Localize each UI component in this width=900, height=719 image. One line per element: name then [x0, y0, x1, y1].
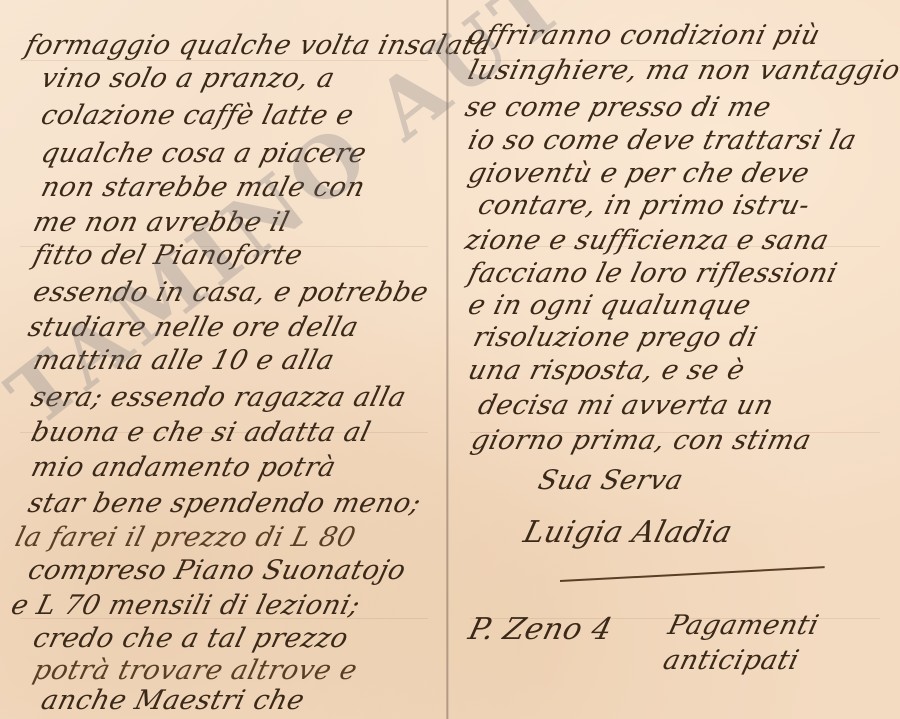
letter-line: mattina alle 10 e alla — [30, 345, 338, 376]
letter-line: mio andamento potrà — [28, 452, 339, 483]
letter-line: me non avrebbe il — [30, 207, 293, 238]
letter-line: lusinghiere, ma non vantaggio- — [465, 55, 900, 86]
signature-underline — [560, 566, 825, 582]
letter-line: compreso Piano Suonatojo — [25, 555, 409, 586]
letter-line: qualche cosa a piacere — [38, 138, 370, 169]
letter-line: giorno prima, con stima — [468, 425, 815, 456]
letter-line: e L 70 mensili di lezioni; — [8, 590, 363, 621]
right-page: offriranno condizioni più lusinghiere, m… — [450, 0, 900, 719]
letter-line: colazione caffè latte e — [38, 100, 357, 131]
letter-line: contare, in primo istru- — [475, 190, 813, 221]
postscript-address: P. Zeno 4 — [465, 612, 616, 647]
letter-line: potrà trovare altrove e — [30, 655, 361, 686]
letter-line: una risposta, e se è — [465, 355, 748, 386]
letter-line: decisa mi avverta un — [475, 390, 777, 421]
letter-line: facciano le loro riflessioni — [465, 258, 841, 289]
left-page: formaggio qualche volta insalata vino so… — [0, 0, 448, 719]
page-fold — [446, 0, 449, 719]
letter-line: risoluzione prego di — [470, 322, 761, 353]
letter-line: offriranno condizioni più — [465, 20, 823, 51]
letter-line: formaggio qualche volta insalata — [22, 30, 494, 61]
letter-line: studiare nelle ore della — [25, 312, 362, 343]
closing-salutation: Sua Serva — [535, 465, 687, 496]
letter-line: la farei il prezzo di L 80 — [12, 522, 359, 553]
letter-line: anche Maestri che — [38, 685, 308, 716]
signature: Luigia Aladia — [520, 515, 736, 550]
letter-line: zione e sufficienza e sana — [462, 225, 832, 256]
letter-line: star bene spendendo meno; — [25, 488, 424, 519]
letter-line: gioventù e per che deve — [465, 158, 813, 189]
letter-line: essendo in casa, e potrebbe — [30, 277, 432, 308]
letter-line: fitto del Pianoforte — [30, 240, 306, 271]
letter-line: vino solo a pranzo, a — [38, 63, 338, 94]
letter-line: buona e che si adatta al — [28, 417, 374, 448]
letter-line: sera; essendo ragazza alla — [28, 382, 409, 413]
postscript-note-line1: Pagamenti — [665, 610, 822, 641]
letter-line: io so come deve trattarsi la — [465, 125, 860, 156]
letter-line: se come presso di me — [462, 92, 774, 123]
letter-line: credo che a tal prezzo — [30, 623, 352, 654]
letter-line: non starebbe male con — [38, 172, 368, 203]
letter-line: e in ogni qualunque — [465, 290, 754, 321]
postscript-note-line2: anticipati — [660, 645, 802, 676]
